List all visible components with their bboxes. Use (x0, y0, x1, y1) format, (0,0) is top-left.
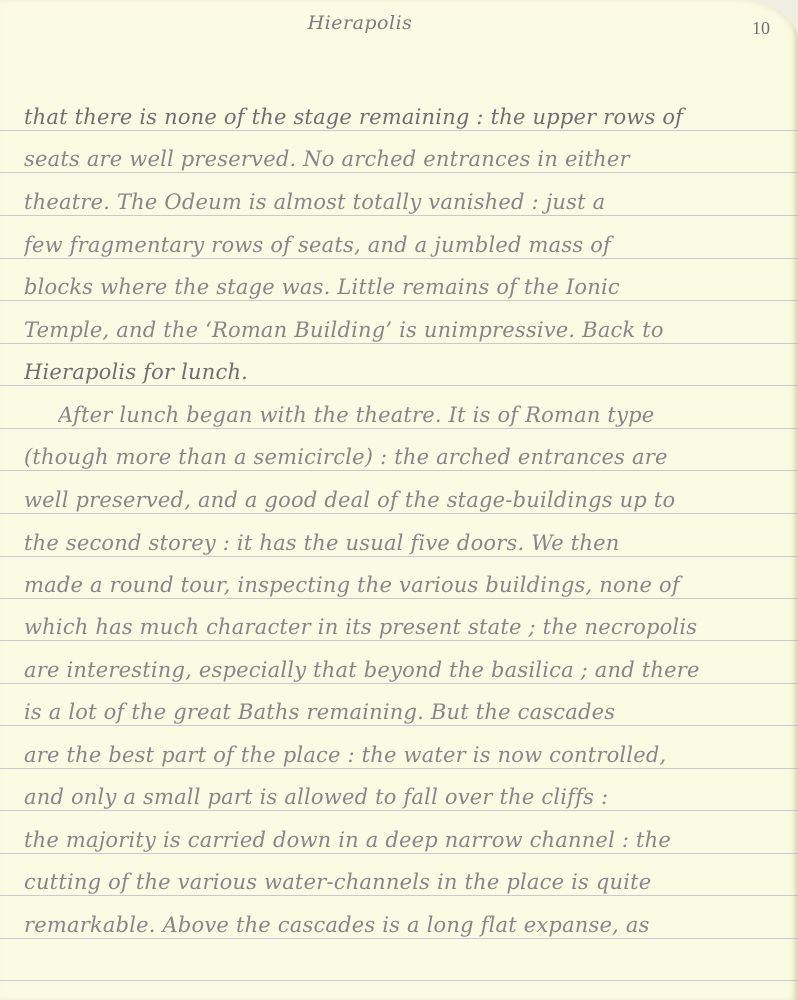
text-line: the second storey : it has the usual fiv… (24, 530, 794, 556)
ruled-line (0, 428, 798, 429)
ruled-line (0, 853, 798, 854)
ruled-line (0, 768, 798, 769)
text-line: are interesting, especially that beyond … (24, 657, 794, 683)
text-line: cutting of the various water-channels in… (24, 869, 794, 895)
ruled-line (0, 683, 798, 684)
text-line: and only a small part is allowed to fall… (24, 784, 794, 810)
text-line: (though more than a semicircle) : the ar… (24, 444, 794, 470)
ruled-line (0, 385, 798, 386)
ruled-line (0, 215, 798, 216)
ruled-line (0, 810, 798, 811)
text-line: seats are well preserved. No arched entr… (24, 146, 794, 172)
ruled-line (0, 513, 798, 514)
ruled-line (0, 130, 798, 131)
page-number: 10 (752, 18, 770, 39)
ruled-line (0, 470, 798, 471)
text-line: that there is none of the stage remainin… (24, 104, 794, 130)
text-line: blocks where the stage was. Little remai… (24, 274, 794, 300)
text-line: remarkable. Above the cascades is a long… (24, 912, 794, 938)
ruled-line (0, 172, 798, 173)
text-line: are the best part of the place : the wat… (24, 742, 794, 768)
text-line: theatre. The Odeum is almost totally van… (24, 189, 794, 215)
ruled-line (0, 980, 798, 981)
ruled-line (0, 556, 798, 557)
text-line: is a lot of the great Baths remaining. B… (24, 699, 794, 725)
text-line: the majority is carried down in a deep n… (24, 827, 794, 853)
text-line: well preserved, and a good deal of the s… (24, 487, 794, 513)
text-line: Temple, and the ‘Roman Building’ is unim… (24, 317, 794, 343)
text-line: few fragmentary rows of seats, and a jum… (24, 232, 794, 258)
ruled-line (0, 258, 798, 259)
text-line: which has much character in its present … (24, 614, 794, 640)
ruled-line (0, 938, 798, 939)
ruled-line (0, 343, 798, 344)
page-title: Hierapolis (300, 12, 420, 34)
notebook-page: Hierapolis 10 that there is none of the … (0, 0, 798, 1000)
text-line: After lunch began with the theatre. It i… (58, 402, 798, 428)
ruled-line (0, 640, 798, 641)
ruled-line (0, 598, 798, 599)
ruled-line (0, 300, 798, 301)
ruled-line (0, 895, 798, 896)
ruled-line (0, 725, 798, 726)
text-line: made a round tour, inspecting the variou… (24, 572, 794, 598)
text-line: Hierapolis for lunch. (24, 359, 794, 385)
